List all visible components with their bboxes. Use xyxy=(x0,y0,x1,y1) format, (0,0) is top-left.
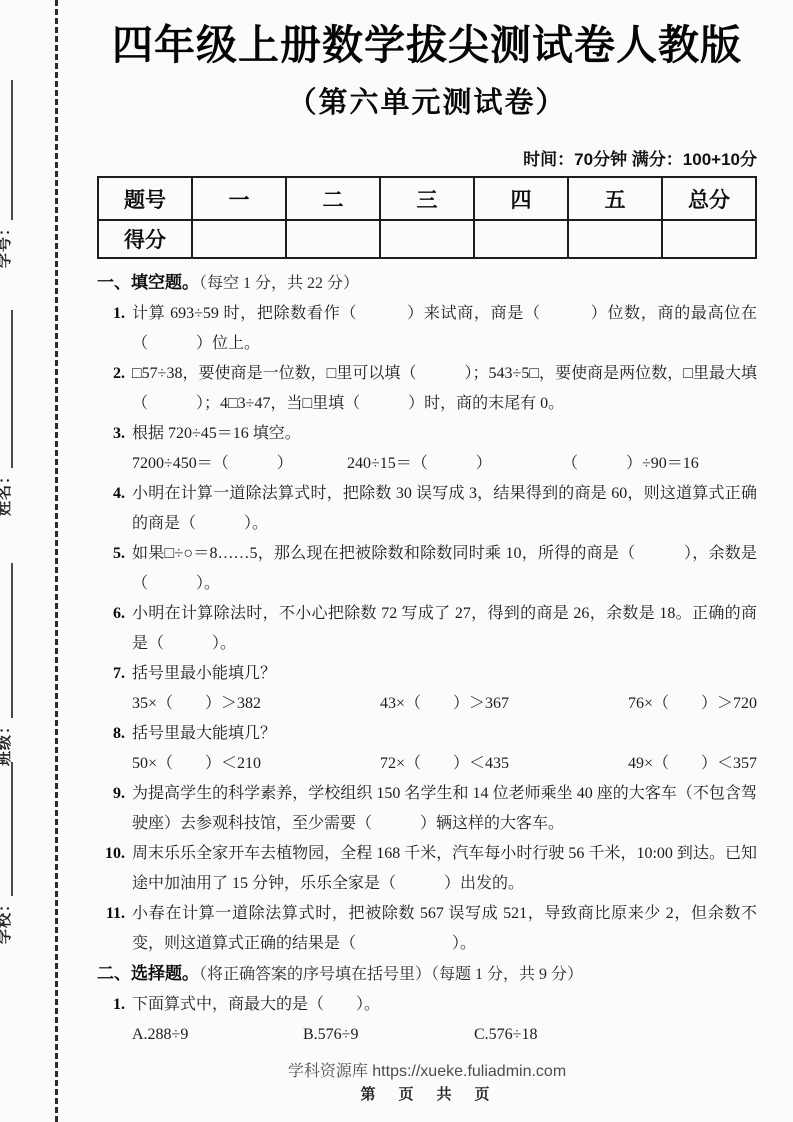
section-note: （每空 1 分，共 22 分） xyxy=(199,275,359,292)
expression-item: 50×（ ）＜210 xyxy=(132,749,261,779)
score-row-label-cell: 得分 xyxy=(98,220,192,258)
question-body: 周末乐乐全家开车去植物园，全程 168 千米，汽车每小时行驶 56 千米，10:… xyxy=(132,839,757,899)
paper-content: 四年级上册数学拔尖测试卷人教版 （第六单元测试卷） 时间：70分钟 满分：100… xyxy=(97,18,757,1050)
expression-item: 35×（ ）＞382 xyxy=(132,689,261,719)
page-footer: 学科资源库 https://xueke.fuliadmin.com 第 页 共 … xyxy=(97,1060,757,1106)
question-body: 括号里最大能填几？50×（ ）＜21072×（ ）＜43549×（ ）＜357 xyxy=(132,719,757,779)
question-body: 括号里最小能填几？35×（ ）＞38243×（ ）＞36776×（ ）＞720 xyxy=(132,659,757,719)
footer-source-link-text: 学科资源库 https://xueke.fuliadmin.com xyxy=(97,1060,757,1084)
question-row: 9.为提高学生的科学素养，学校组织 150 名学生和 14 位老师乘坐 40 座… xyxy=(97,779,757,839)
question-text: 计算 693÷59 时，把除数看作（ ）来试商，商是（ ）位数，商的最高位在（ … xyxy=(132,299,757,359)
section-1: 一、填空题。（每空 1 分，共 22 分）1.计算 693÷59 时，把除数看作… xyxy=(97,268,757,959)
question-number: 1. xyxy=(97,990,132,1020)
question-text: 为提高学生的科学素养，学校组织 150 名学生和 14 位老师乘坐 40 座的大… xyxy=(132,779,757,839)
question-number: 10. xyxy=(97,839,132,869)
question-number: 8. xyxy=(97,719,132,749)
sidebar-field-label: 班级： xyxy=(0,718,16,766)
expression-item: 43×（ ）＞367 xyxy=(380,689,509,719)
expression-item: 49×（ ）＜357 xyxy=(628,749,757,779)
sidebar-field-label: 姓名： xyxy=(0,468,16,516)
question-text: 括号里最大能填几？ xyxy=(132,719,757,749)
question-choices-row: A.288÷9B.576÷9C.576÷18 xyxy=(132,1020,757,1050)
choice-item: B.576÷9 xyxy=(303,1020,474,1050)
question-row: 1.计算 693÷59 时，把除数看作（ ）来试商，商是（ ）位数，商的最高位在… xyxy=(97,299,757,359)
score-cell-empty xyxy=(662,220,756,258)
question-body: 小春在计算一道除法算式时，把被除数 567 误写成 521，导致商比原来少 2，… xyxy=(132,899,757,959)
question-number: 2. xyxy=(97,359,132,389)
question-text: 括号里最小能填几？ xyxy=(132,659,757,689)
sidebar-field-4: 学校： xyxy=(0,762,16,944)
question-body: 根据 720÷45＝16 填空。7200÷450＝（ ）240÷15＝（ ）（ … xyxy=(132,419,757,479)
score-table-column-header: 五 xyxy=(568,177,662,220)
question-text: 下面算式中，商最大的是（ ）。 xyxy=(132,990,757,1020)
question-number: 5. xyxy=(97,539,132,569)
sidebar-field-1: 学号： xyxy=(0,80,16,268)
expression-item: 7200÷450＝（ ） xyxy=(132,449,347,479)
score-table-header-row: 题号 一二三四五总分 xyxy=(98,177,756,220)
question-body: 小明在计算除法时，不小心把除数 72 写成了 27，得到的商是 26，余数是 1… xyxy=(132,599,757,659)
question-row: 3.根据 720÷45＝16 填空。7200÷450＝（ ）240÷15＝（ ）… xyxy=(97,419,757,479)
question-row: 10.周末乐乐全家开车去植物园，全程 168 千米，汽车每小时行驶 56 千米，… xyxy=(97,839,757,899)
score-cell-empty xyxy=(192,220,286,258)
sidebar-field-3: 班级： xyxy=(0,563,16,766)
sidebar-field-blank-line xyxy=(1,80,13,220)
question-body: 小明在计算一道除法算式时，把除数 30 误写成 3，结果得到的商是 60，则这道… xyxy=(132,479,757,539)
question-row: 7.括号里最小能填几？35×（ ）＞38243×（ ）＞36776×（ ）＞72… xyxy=(97,659,757,719)
question-row: 2.□57÷38，要使商是一位数，□里可以填（ ）；543÷5□，要使商是两位数… xyxy=(97,359,757,419)
dashed-cut-line xyxy=(55,0,58,1122)
question-expression-row: 35×（ ）＞38243×（ ）＞36776×（ ）＞720 xyxy=(132,689,757,719)
score-table-corner-cell: 题号 xyxy=(98,177,192,220)
page-title: 四年级上册数学拔尖测试卷人教版 xyxy=(97,18,757,72)
question-number: 1. xyxy=(97,299,132,329)
sidebar-field-label: 学号： xyxy=(0,220,16,268)
question-number: 9. xyxy=(97,779,132,809)
score-table-column-header: 一 xyxy=(192,177,286,220)
question-text: 小春在计算一道除法算式时，把被除数 567 误写成 521，导致商比原来少 2，… xyxy=(132,899,757,959)
question-sections: 一、填空题。（每空 1 分，共 22 分）1.计算 693÷59 时，把除数看作… xyxy=(97,268,757,1050)
question-number: 7. xyxy=(97,659,132,689)
sidebar-field-blank-line xyxy=(1,762,13,896)
section-note: （将正确答案的序号填在括号里）（每题 1 分，共 9 分） xyxy=(199,966,583,983)
section-heading: 二、选择题。（将正确答案的序号填在括号里）（每题 1 分，共 9 分） xyxy=(97,959,757,990)
question-body: 为提高学生的科学素养，学校组织 150 名学生和 14 位老师乘坐 40 座的大… xyxy=(132,779,757,839)
expression-item: （ ）÷90＝16 xyxy=(562,449,777,479)
question-text: 小明在计算除法时，不小心把除数 72 写成了 27，得到的商是 26，余数是 1… xyxy=(132,599,757,659)
question-row: 1.下面算式中，商最大的是（ ）。A.288÷9B.576÷9C.576÷18 xyxy=(97,990,757,1050)
score-cell-empty xyxy=(474,220,568,258)
score-table-column-header: 总分 xyxy=(662,177,756,220)
expression-item: 240÷15＝（ ） xyxy=(347,449,562,479)
section-2: 二、选择题。（将正确答案的序号填在括号里）（每题 1 分，共 9 分）1.下面算… xyxy=(97,959,757,1050)
score-table-column-header: 二 xyxy=(286,177,380,220)
score-cell-empty xyxy=(380,220,474,258)
question-text: □57÷38，要使商是一位数，□里可以填（ ）；543÷5□，要使商是两位数，□… xyxy=(132,359,757,419)
question-number: 6. xyxy=(97,599,132,629)
question-body: □57÷38，要使商是一位数，□里可以填（ ）；543÷5□，要使商是两位数，□… xyxy=(132,359,757,419)
test-paper-page: 学号：姓名：班级：学校： 四年级上册数学拔尖测试卷人教版 （第六单元测试卷） 时… xyxy=(0,0,793,1122)
page-subtitle: （第六单元测试卷） xyxy=(97,85,757,121)
score-cell-empty xyxy=(568,220,662,258)
question-number: 4. xyxy=(97,479,132,509)
question-text: 小明在计算一道除法算式时，把除数 30 误写成 3，结果得到的商是 60，则这道… xyxy=(132,479,757,539)
question-body: 如果□÷○＝8……5，那么现在把被除数和除数同时乘 10，所得的商是（ ），余数… xyxy=(132,539,757,599)
choice-item: C.576÷18 xyxy=(474,1020,645,1050)
sidebar-field-blank-line xyxy=(1,563,13,718)
expression-item: 72×（ ）＜435 xyxy=(380,749,509,779)
sidebar-field-label: 学校： xyxy=(0,896,16,944)
section-title: 二、选择题。 xyxy=(97,964,199,983)
score-table-column-header: 四 xyxy=(474,177,568,220)
score-table-column-header: 三 xyxy=(380,177,474,220)
question-row: 8.括号里最大能填几？50×（ ）＜21072×（ ）＜43549×（ ）＜35… xyxy=(97,719,757,779)
question-body: 下面算式中，商最大的是（ ）。A.288÷9B.576÷9C.576÷18 xyxy=(132,990,757,1050)
question-row: 4.小明在计算一道除法算式时，把除数 30 误写成 3，结果得到的商是 60，则… xyxy=(97,479,757,539)
score-cell-empty xyxy=(286,220,380,258)
section-title: 一、填空题。 xyxy=(97,273,199,292)
question-number: 11. xyxy=(97,899,132,929)
question-row: 6.小明在计算除法时，不小心把除数 72 写成了 27，得到的商是 26，余数是… xyxy=(97,599,757,659)
question-text: 如果□÷○＝8……5，那么现在把被除数和除数同时乘 10，所得的商是（ ），余数… xyxy=(132,539,757,599)
choice-item: A.288÷9 xyxy=(132,1020,303,1050)
question-expression-row: 50×（ ）＜21072×（ ）＜43549×（ ）＜357 xyxy=(132,749,757,779)
question-text: 根据 720÷45＝16 填空。 xyxy=(132,419,757,449)
section-heading: 一、填空题。（每空 1 分，共 22 分） xyxy=(97,268,757,299)
question-body: 计算 693÷59 时，把除数看作（ ）来试商，商是（ ）位数，商的最高位在（ … xyxy=(132,299,757,359)
footer-page-numbers: 第 页 共 页 xyxy=(97,1084,757,1106)
question-row: 11.小春在计算一道除法算式时，把被除数 567 误写成 521，导致商比原来少… xyxy=(97,899,757,959)
sidebar-field-2: 姓名： xyxy=(0,310,16,516)
score-table-score-row: 得分 xyxy=(98,220,756,258)
score-table: 题号 一二三四五总分 得分 xyxy=(97,176,757,259)
question-expression-row: 7200÷450＝（ ）240÷15＝（ ）（ ）÷90＝16 xyxy=(132,449,757,479)
expression-item: 76×（ ）＞720 xyxy=(628,689,757,719)
exam-time-score-info: 时间：70分钟 满分：100+10分 xyxy=(97,149,757,171)
question-text: 周末乐乐全家开车去植物园，全程 168 千米，汽车每小时行驶 56 千米，10:… xyxy=(132,839,757,899)
question-row: 5.如果□÷○＝8……5，那么现在把被除数和除数同时乘 10，所得的商是（ ），… xyxy=(97,539,757,599)
question-number: 3. xyxy=(97,419,132,449)
sidebar-field-blank-line xyxy=(1,310,13,468)
